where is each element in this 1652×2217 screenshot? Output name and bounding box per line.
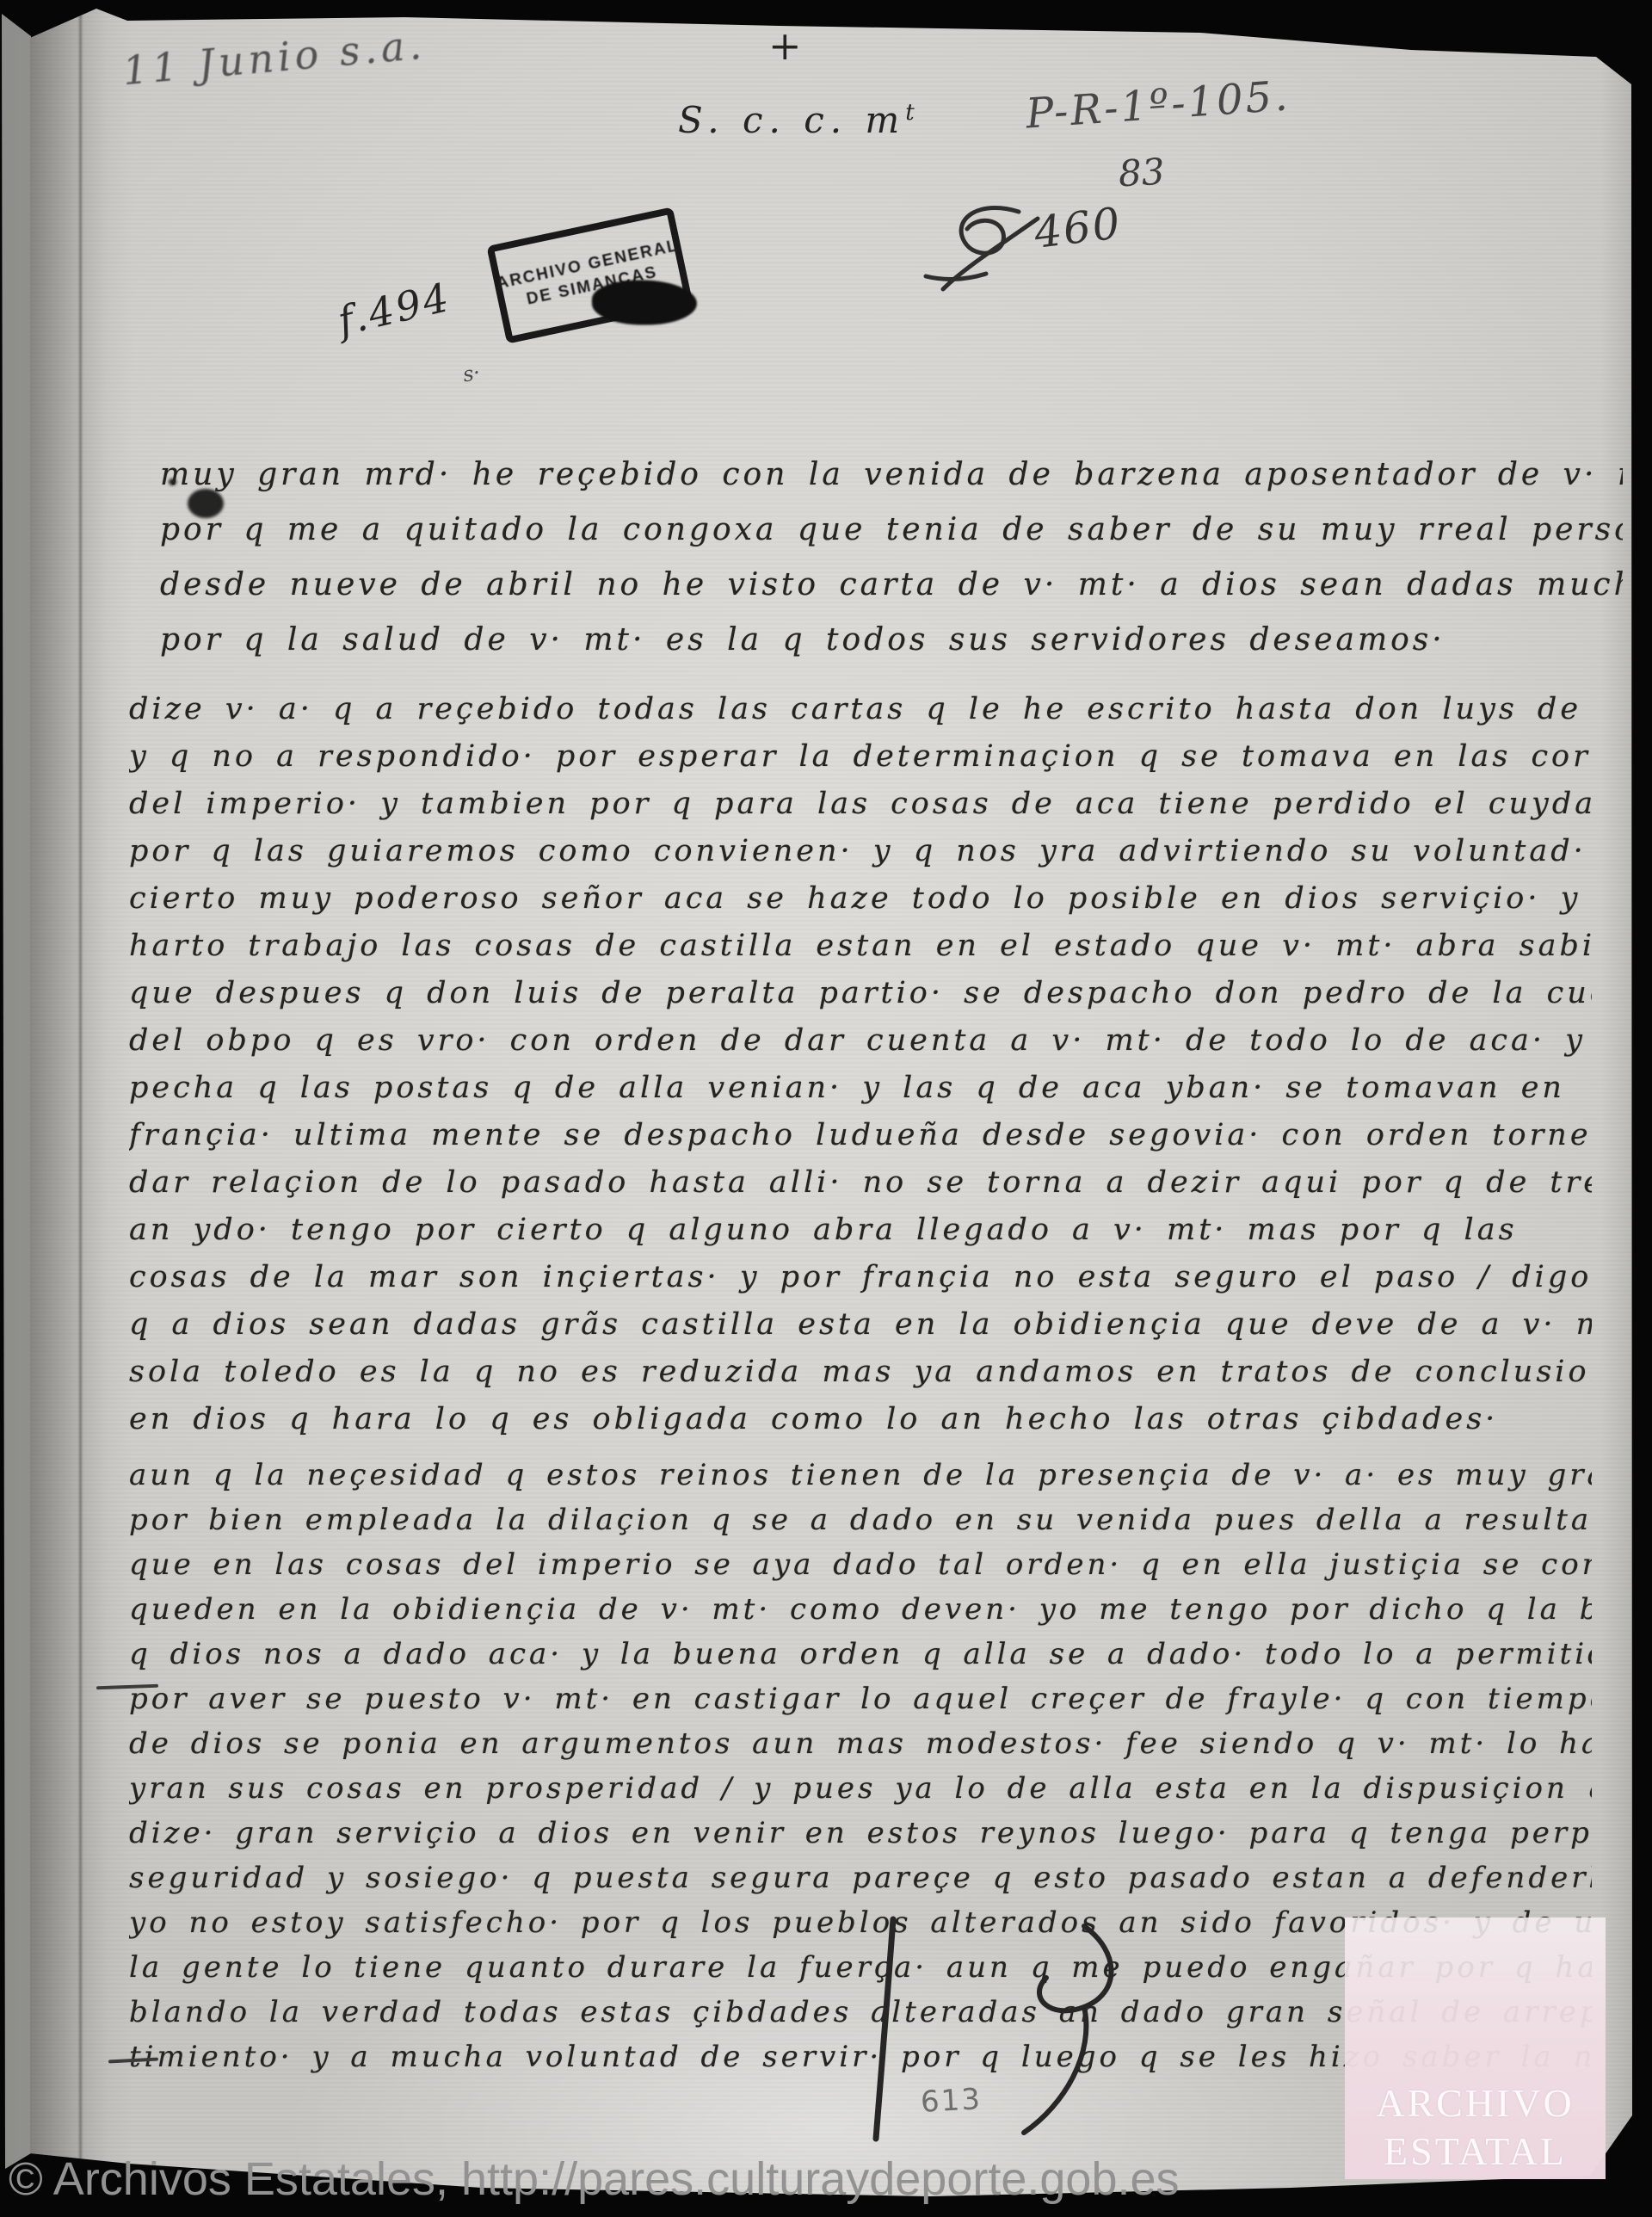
manuscript-line: en dios q hara lo q es obligada como lo … — [129, 1396, 1592, 1443]
manuscript-line: por bien empleada la dilaçion q se a dad… — [129, 1498, 1592, 1542]
manuscript-line: dize v· a· q a reçebido todas las cartas… — [129, 686, 1592, 733]
salutation-superscript: t — [905, 100, 914, 126]
manuscript-line: que despues q don luis de peralta partio… — [129, 970, 1592, 1017]
salutation-text: S. c. c. m — [678, 99, 905, 141]
closing-flourish — [817, 1911, 1196, 2152]
folio-number-83: 83 — [1118, 154, 1166, 193]
manuscript-line: queden en la obidiençia de v· mt· como d… — [129, 1587, 1592, 1632]
watermark-text: ARCHIVO — [1376, 2079, 1575, 2127]
manuscript-line: del obpo q es vro· con orden de dar cuen… — [129, 1017, 1592, 1065]
manuscript-line: harto trabajo las cosas de castilla esta… — [129, 923, 1592, 970]
stamp-ink-smudge — [592, 280, 697, 324]
manuscript-line: q dios nos a dado aca· y la buena orden … — [129, 1632, 1592, 1677]
manuscript-line: por q las guiaremos como convienen· y q … — [129, 828, 1592, 875]
manuscript-line: pecha q las postas q de alla venian· y l… — [129, 1065, 1592, 1112]
manuscript-line: sola toledo es la q no es reduzida mas y… — [129, 1349, 1592, 1396]
manuscript-line: aun q la neçesidad q estos reinos tienen… — [129, 1453, 1592, 1498]
scan-background: 11 Junio s.a. + S. c. c. mt P-R-1º-105. … — [0, 0, 1652, 2217]
right-edge-shadow — [1600, 0, 1652, 2217]
manuscript-line: de dios se ponia en argumentos aun mas m… — [129, 1721, 1592, 1766]
manuscript-line: cierto muy poderoso señor aca se haze to… — [129, 875, 1592, 923]
manuscript-line: y q no a respondido· por esperar la dete… — [129, 733, 1592, 781]
manuscript-line: seguridad y sosiego· q puesta segura par… — [129, 1856, 1592, 1900]
cross-mark-icon: + — [768, 26, 802, 65]
folio-number-460: 460 — [1032, 201, 1124, 255]
manuscript-line: que en las cosas del imperio se aya dado… — [129, 1542, 1592, 1587]
manuscript-line: françia· ultima mente se despacho ludueñ… — [129, 1112, 1592, 1159]
salutation-abbreviation: S. c. c. mt — [678, 102, 915, 139]
manuscript-line: cosas de la mar son inçiertas· y por fra… — [129, 1254, 1592, 1301]
manuscript-line: desde nueve de abril no he visto carta d… — [160, 558, 1623, 613]
watermark-text: ESTATAL — [1384, 2127, 1567, 2176]
small-pen-mark: s· — [461, 361, 482, 385]
manuscript-line: dar relaçion de lo pasado hasta alli· no… — [129, 1159, 1592, 1207]
rubric-flourish — [917, 195, 1046, 293]
footer-copyright: © Archivos Estatales, http://pares.cultu… — [9, 2153, 1180, 2205]
manuscript-line: del imperio· y tambien por q para las co… — [129, 781, 1592, 828]
binding-crease — [79, 0, 82, 2217]
gutter-shadow — [30, 0, 133, 2217]
manuscript-line: dize· gran serviçio a dios en venir en e… — [129, 1811, 1592, 1856]
manuscript-line: yran sus cosas en prosperidad / y pues y… — [129, 1766, 1592, 1811]
manuscript-line: por q me a quitado la congoxa que tenia … — [160, 503, 1623, 558]
manuscript-paragraph-1: muy gran mrd· he reçebido con la venida … — [129, 448, 1623, 668]
manuscript-line: an ydo· tengo por cierto q alguno abra l… — [129, 1207, 1592, 1254]
manuscript-line: por aver se puesto v· mt· en castigar lo… — [129, 1677, 1592, 1721]
archive-watermark: ARCHIVO ESTATAL — [1345, 1917, 1606, 2179]
manuscript-line: por q la salud de v· mt· es la q todos s… — [160, 613, 1623, 668]
manuscript-page: 11 Junio s.a. + S. c. c. mt P-R-1º-105. … — [0, 0, 1652, 2217]
manuscript-line: q a dios sean dadas grãs castilla esta e… — [129, 1301, 1592, 1349]
manuscript-line: muy gran mrd· he reçebido con la venida … — [160, 448, 1623, 503]
manuscript-paragraph-2: dize v· a· q a reçebido todas las cartas… — [129, 686, 1592, 1443]
page-number-pencil: 613 — [920, 2084, 983, 2117]
